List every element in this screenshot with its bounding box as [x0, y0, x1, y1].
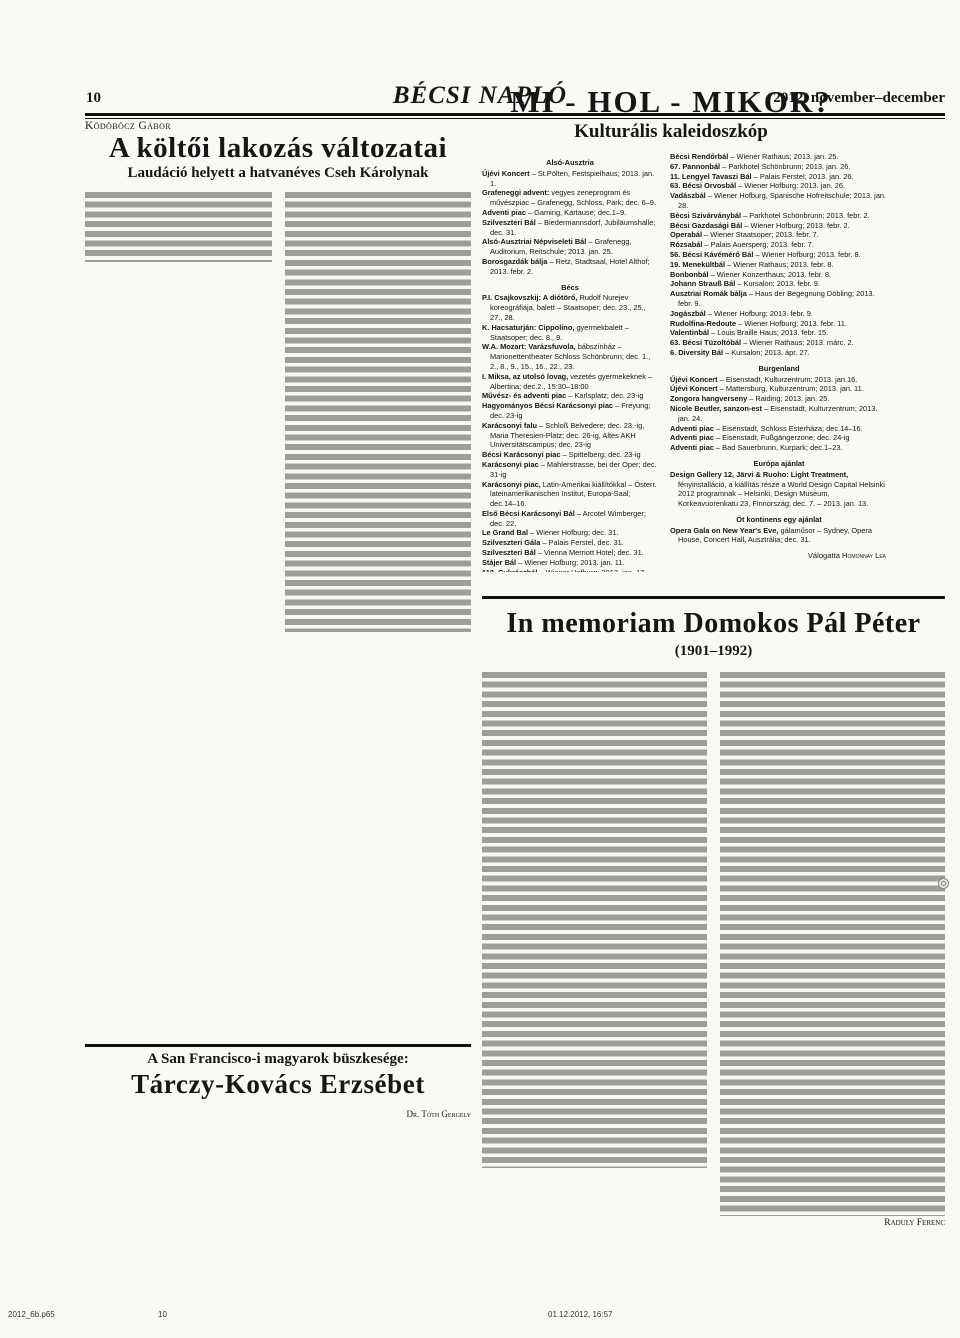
event-name: Operabál: [670, 230, 702, 239]
event-name: Grafeneggi advent:: [482, 188, 549, 197]
event-details: – Bad Sauerbrunn, Kurpark; dec.1–23.: [714, 443, 843, 452]
article-column: Dr. Tóth Gergely: [285, 1107, 472, 1285]
event-details: – Wiener Hofburg; 2013. jan. 26.: [736, 181, 845, 190]
event-details: – Wiener Staatsoper; 2013. febr. 7.: [702, 230, 819, 239]
event-details: – Spittelberg; dec. 23-ig: [560, 450, 640, 459]
listing-entry: W.A. Mozart: Varázsfuvola, bábszínház – …: [482, 342, 658, 371]
listing-entry: Le Grand Bal – Wiener Hofburg; dec. 31.: [482, 528, 658, 538]
event-details: fényinstalláció, a kiállítás része a Wor…: [678, 480, 885, 509]
listings-entries: Design Gallery 12, Järvi & Ruoho: Light …: [670, 470, 888, 509]
listings-entries: Újévi Koncert – St.Pölten, Festspielhaus…: [482, 169, 658, 277]
event-name: Újévi Koncert: [670, 375, 718, 384]
listing-entry: 112. Cukrászbál – Wiener Hofburg; 2013. …: [482, 568, 658, 572]
listings-section: Öt kontinens egy ajánlat Opera Gala on N…: [670, 515, 888, 545]
article-kicker: A San Francisco-i magyarok büszkesége:: [85, 1051, 471, 1068]
listing-entry: Zongora hangverseny – Raiding; 2013. jan…: [670, 394, 888, 404]
event-details: – Wiener Konzerthaus; 2013. febr. 8.: [709, 270, 831, 279]
event-name: Johann Strauß Bál: [670, 279, 735, 288]
listing-entry: Jogászbál – Wiener Hofburg; 2013. febr. …: [670, 309, 888, 319]
footer-page-number: 10: [158, 1310, 167, 1319]
listing-entry: Stájer Bál – Wiener Hofburg; 2013. jan. …: [482, 558, 658, 568]
listing-entry: Alsó-Ausztriai Népviseleti Bál – Grafene…: [482, 237, 658, 257]
event-name: 63. Bécsi Orvosbál: [670, 181, 736, 190]
footer-timestamp: 01.12.2012, 16:57: [548, 1310, 613, 1319]
listing-entry: 67. Pannonbál – Parkhotel Schönbrunn; 20…: [670, 162, 888, 172]
event-details: – Karlsplatz; dec. 23-ig: [566, 391, 643, 400]
listings-section: Burgenland Újévi Koncert – Eisenstadt, K…: [670, 364, 888, 453]
obituary-column: Raduly Ferenc: [720, 670, 945, 1258]
event-name: Adventi piac: [670, 424, 714, 433]
listing-entry: Bonbonbál – Wiener Konzerthaus; 2013. fe…: [670, 270, 888, 280]
event-name: 11. Lengyel Tavaszi Bál: [670, 172, 752, 181]
event-name: Újévi Koncert: [482, 169, 530, 178]
listing-entry: Adventi piac – Eisenstadt, Schloss Ester…: [670, 424, 888, 434]
event-details: – Vienna Merriott Hotel; dec. 31.: [536, 548, 644, 557]
article-author-signature: Dr. Tóth Gergely: [285, 1110, 472, 1120]
listing-entry: Karácsonyi piac – Mahlerstrasse, bei der…: [482, 460, 658, 480]
event-details: – Wiener Rathaus; 2013. jan. 25.: [728, 152, 838, 161]
event-details: – Wiener Rathaus; 2013. márc. 2.: [741, 338, 854, 347]
event-name: Alsó-Ausztriai Népviseleti Bál: [482, 237, 586, 246]
event-name: Valentinbál: [670, 328, 709, 337]
listings-entries: Bécsi Rendőrbál – Wiener Rathaus; 2013. …: [670, 152, 888, 358]
event-name: 63. Bécsi Tüzoltóbál: [670, 338, 741, 347]
listings-sections: Bécsi Rendőrbál – Wiener Rathaus; 2013. …: [670, 152, 888, 545]
section-divider-rule: [482, 596, 945, 599]
event-name: Vadászbál: [670, 191, 706, 200]
event-name: Jogászbál: [670, 309, 706, 318]
event-details: – Raiding; 2013. jan. 25.: [747, 394, 829, 403]
article-tarczy-kovacs: A San Francisco-i magyarok büszkesége: T…: [85, 1051, 471, 1285]
listing-entry: Szilveszteri Bál – Vienna Merriott Hotel…: [482, 548, 658, 558]
listing-entry: Újévi Koncert – St.Pölten, Festspielhaus…: [482, 169, 658, 189]
listing-entry: Újévi Koncert – Mattersburg, Kulturzentr…: [670, 384, 888, 394]
listing-entry: Borosgazdák bálja – Retz, Stadtsaal, Hot…: [482, 257, 658, 277]
article-title: A költői lakozás változatai: [85, 132, 471, 165]
event-name: Bécsi Karácsonyi piac: [482, 450, 560, 459]
listings-section: Bécs P.I. Csajkovszkij: A diótörő, Rudol…: [482, 283, 658, 572]
event-name: 19. Menekültbál: [670, 260, 725, 269]
listing-entry: Adventi piac – Gaming, Kartause; dec.1–9…: [482, 208, 658, 218]
listings-region-heading: Európa ajánlat: [670, 459, 888, 469]
culture-section-subtitle: Kulturális kaleidoszkóp: [482, 121, 860, 143]
event-details: – Mattersburg, Kulturzentrum; 2013. jan.…: [718, 384, 864, 393]
listings-entries: Újévi Koncert – Eisenstadt, Kulturzentru…: [670, 375, 888, 453]
listing-entry: Rózsabál – Palais Auersperg; 2013. febr.…: [670, 240, 888, 250]
event-name: 112. Cukrászbál: [482, 568, 537, 572]
event-details: – Gaming, Kartause; dec.1–9.: [526, 208, 626, 217]
event-details: – Eisenstadt, Fußgängerzone; dec. 24-ig: [714, 433, 850, 442]
listings-column: Bécsi Rendőrbál – Wiener Rathaus; 2013. …: [670, 152, 888, 572]
listing-entry: Első Bécsi Karácsonyi Bál – Arcotel Wimb…: [482, 509, 658, 529]
article-columns: [85, 190, 471, 962]
obituary-domokos-pal-peter: In memoriam Domokos Pál Péter (1901–1992…: [482, 596, 945, 1258]
listings-region-heading: Öt kontinens egy ajánlat: [670, 515, 888, 525]
event-details: – Eisenstadt, Kulturzentrum; 2013. jan.1…: [718, 375, 858, 384]
listing-entry: Adventi piac – Bad Sauerbrunn, Kurpark; …: [670, 443, 888, 453]
event-name: Rudolfina-Redoute: [670, 319, 736, 328]
article-column: [85, 190, 272, 962]
event-name: Adventi piac: [670, 443, 714, 452]
credit-name: Homonnay Lea: [842, 551, 886, 560]
registration-mark-icon: [938, 878, 949, 889]
listing-entry: 63. Bécsi Orvosbál – Wiener Hofburg; 201…: [670, 181, 888, 191]
event-name: Nicole Beutler, sanzon-est: [670, 404, 762, 413]
event-name: Le Grand Bal: [482, 528, 528, 537]
event-name: W.A. Mozart: Varázsfuvola,: [482, 342, 576, 351]
listing-entry: Operabál – Wiener Staatsoper; 2013. febr…: [670, 230, 888, 240]
event-name: Adventi piac: [670, 433, 714, 442]
event-details: – Parkhotel Schönbrunn; 2013. jan. 26.: [720, 162, 850, 171]
footer-file-name: 2012_6b.p65: [8, 1310, 55, 1319]
event-name: 67. Pannonbál: [670, 162, 720, 171]
illegible-text-region: [85, 192, 272, 262]
section-divider-rule: [85, 1044, 471, 1047]
listing-entry: 6. Diversity Bál – Kursalon; 2013. ápr. …: [670, 348, 888, 358]
listing-entry: K. Hacsaturján: Cippolino, gyermekbalett…: [482, 323, 658, 343]
event-listings: Alsó-Ausztria Újévi Koncert – St.Pölten,…: [482, 152, 945, 572]
obituary-author-signature: Raduly Ferenc: [720, 1218, 945, 1228]
listing-entry: Adventi piac – Eisenstadt, Fußgängerzone…: [670, 433, 888, 443]
listing-entry: Opera Gala on New Year's Eve, gálaműsor …: [670, 526, 888, 546]
listing-entry: Vadászbál – Wiener Hofburg, Spanische Ho…: [670, 191, 888, 211]
event-name: 6. Diversity Bál: [670, 348, 723, 357]
listing-entry: Bécsi Karácsonyi piac – Spittelberg; dec…: [482, 450, 658, 460]
event-name: K. Hacsaturján: Cippolino,: [482, 323, 574, 332]
listing-entry: Szilveszteri Bál – Biedermannsdorf, Jubi…: [482, 218, 658, 238]
listing-entry: Bécsi Rendőrbál – Wiener Rathaus; 2013. …: [670, 152, 888, 162]
listing-entry: Nicole Beutler, sanzon-est – Eisenstadt,…: [670, 404, 888, 424]
event-name: 56. Bécsi Kávémérő Bál: [670, 250, 753, 259]
article-koltoi-lakozas: Ködöböcz Gábor A költői lakozás változat…: [85, 120, 471, 962]
listings-entries: P.I. Csajkovszkij: A diótörő, Rudolf Nur…: [482, 293, 658, 572]
event-name: Stájer Bál: [482, 558, 516, 567]
event-name: Karácsonyi piac,: [482, 480, 541, 489]
listing-entry: 11. Lengyel Tavaszi Bál – Palais Ferstel…: [670, 172, 888, 182]
newspaper-page: 10 BÉCSI NAPLÓ 2012. november–december K…: [0, 0, 960, 1338]
listing-entry: Rudolfina-Redoute – Wiener Hofburg; 2013…: [670, 319, 888, 329]
event-name: Bécsi Szivárványbál: [670, 211, 741, 220]
listings-credit: Válogatta Homonnay Lea: [670, 551, 886, 561]
event-name: Bécsi Rendőrbál: [670, 152, 728, 161]
event-details: – Wiener Hofburg; 2013. febr. 8.: [753, 250, 860, 259]
listing-entry: Valentinbál – Louis Braille Haus; 2013. …: [670, 328, 888, 338]
event-details: – Wiener Hofburg, Spanische Hofreitschul…: [678, 191, 886, 210]
listing-entry: 19. Menekültbál – Wiener Rathaus; 2013. …: [670, 260, 888, 270]
event-name: Bécsi Gazdasági Bál: [670, 221, 742, 230]
listings-region-heading: Burgenland: [670, 364, 888, 374]
event-details: – Palais Auersperg; 2013. febr. 7.: [702, 240, 813, 249]
event-name: Szilveszteri Bál: [482, 218, 536, 227]
article-column: [85, 1107, 272, 1285]
obituary-column-paragraphs: [720, 672, 945, 1216]
event-name: I. Miksa, az utolsó lovag,: [482, 372, 568, 381]
obituary-title: In memoriam Domokos Pál Péter: [482, 608, 945, 640]
listing-entry: Bécsi Szivárványbál – Parkhotel Schönbru…: [670, 211, 888, 221]
listings-entries: Opera Gala on New Year's Eve, gálaműsor …: [670, 526, 888, 546]
listings-section: Alsó-Ausztria Újévi Koncert – St.Pölten,…: [482, 158, 658, 277]
event-name: Opera Gala on New Year's Eve,: [670, 526, 778, 535]
event-name: Karácsonyi falu: [482, 421, 537, 430]
event-details: – Wiener Hofburg; 2013. febr. 11.: [736, 319, 847, 328]
event-details: – Eisenstadt, Schloss Esterháza; dec.14–…: [714, 424, 863, 433]
listing-entry: Ausztriai Romák bálja – Haus der Begegnu…: [670, 289, 888, 309]
event-name: Rózsabál: [670, 240, 702, 249]
event-name: Zongora hangverseny: [670, 394, 747, 403]
listing-entry: I. Miksa, az utolsó lovag, vezetés gyerm…: [482, 372, 658, 392]
obituary-years: (1901–1992): [482, 643, 945, 660]
event-name: Adventi piac: [482, 208, 526, 217]
event-name: Ausztriai Romák bálja: [670, 289, 747, 298]
listing-entry: 56. Bécsi Kávémérő Bál – Wiener Hofburg;…: [670, 250, 888, 260]
listings-region-heading: Bécs: [482, 283, 658, 293]
event-name: Hagyományos Bécsi Karácsonyi piac: [482, 401, 613, 410]
illegible-text-region: [285, 192, 472, 632]
event-name: Bonbonbál: [670, 270, 709, 279]
event-details: – Wiener Hofburg; 2013. febr. 2.: [742, 221, 849, 230]
listing-entry: P.I. Csajkovszkij: A diótörő, Rudolf Nur…: [482, 293, 658, 322]
event-details: – Parkhotel Schönbrunn; 2013. febr. 2.: [741, 211, 870, 220]
event-details: – Wiener Hofburg; 2013. jan. 11.: [516, 558, 624, 567]
listing-entry: Szilveszteri Gála – Palais Ferstel, dec.…: [482, 538, 658, 548]
listing-entry: Grafeneggi advent: vegyes zeneprogram és…: [482, 188, 658, 208]
event-details: – Palais Ferstel, dec. 31.: [540, 538, 623, 547]
listing-entry: Hagyományos Bécsi Karácsonyi piac – Frey…: [482, 401, 658, 421]
listing-entry: Karácsonyi piac, Latin-Amerikai kiállító…: [482, 480, 658, 509]
culture-section-title: MI - HOL - MIKOR?: [482, 84, 860, 120]
event-name: Szilveszteri Bál: [482, 548, 536, 557]
listing-entry: Design Gallery 12, Järvi & Ruoho: Light …: [670, 470, 888, 509]
event-name: Szilveszteri Gála: [482, 538, 540, 547]
illegible-text-region: [720, 672, 945, 1216]
listings-region-heading: Alsó-Ausztria: [482, 158, 658, 168]
article-columns: Dr. Tóth Gergely: [85, 1107, 471, 1285]
event-details: – Wiener Rathaus; 2013. febr. 8.: [725, 260, 833, 269]
culture-section: MI - HOL - MIKOR? Kulturális kaleidoszkó…: [482, 84, 945, 572]
listings-section: Bécsi Rendőrbál – Wiener Rathaus; 2013. …: [670, 152, 888, 358]
listing-entry: Bécsi Gazdasági Bál – Wiener Hofburg; 20…: [670, 221, 888, 231]
obituary-column: [482, 670, 707, 1258]
event-name: Design Gallery 12, Järvi & Ruoho: Light …: [670, 470, 848, 479]
event-name: Karácsonyi piac: [482, 460, 539, 469]
article-subtitle: Laudáció helyett a hatvanéves Cseh Károl…: [85, 165, 471, 182]
event-details: – Wiener Hofburg; 2013. jan. 17.: [537, 568, 646, 572]
event-name: Újévi Koncert: [670, 384, 718, 393]
event-name: P.I. Csajkovszkij: A diótörő,: [482, 293, 577, 302]
event-details: – Louis Braille Haus; 2013. febr. 15.: [709, 328, 828, 337]
listings-section: Európa ajánlat Design Gallery 12, Järvi …: [670, 459, 888, 509]
listing-entry: Johann Strauß Bál – Kursalon; 2013. febr…: [670, 279, 888, 289]
listing-entry: Művész- és adventi piac – Karlsplatz; de…: [482, 391, 658, 401]
event-name: Borosgazdák bálja: [482, 257, 547, 266]
event-name: Művész- és adventi piac: [482, 391, 566, 400]
article-column: [285, 190, 472, 962]
article-title: Tárczy-Kovács Erzsébet: [85, 1069, 471, 1100]
event-details: – Palais Ferstel; 2013. jan. 26.: [752, 172, 854, 181]
listing-entry: Karácsonyi falu – Schloß Belvedere; dec.…: [482, 421, 658, 450]
listings-column: Alsó-Ausztria Újévi Koncert – St.Pölten,…: [482, 152, 658, 572]
article-byline: Ködöböcz Gábor: [85, 120, 471, 132]
listing-entry: 63. Bécsi Tüzoltóbál – Wiener Rathaus; 2…: [670, 338, 888, 348]
listing-entry: Újévi Koncert – Eisenstadt, Kulturzentru…: [670, 375, 888, 385]
event-name: Első Bécsi Karácsonyi Bál: [482, 509, 575, 518]
illegible-text-region: [482, 672, 707, 1168]
event-details: – Kursalon; 2013. febr. 9.: [735, 279, 820, 288]
event-details: – Kursalon; 2013. ápr. 27.: [723, 348, 810, 357]
obituary-columns: Raduly Ferenc: [482, 670, 945, 1258]
event-details: – Wiener Hofburg; 2013. febr. 9.: [706, 309, 813, 318]
credit-label: Válogatta: [808, 551, 842, 560]
event-details: – Wiener Hofburg; dec. 31.: [528, 528, 618, 537]
